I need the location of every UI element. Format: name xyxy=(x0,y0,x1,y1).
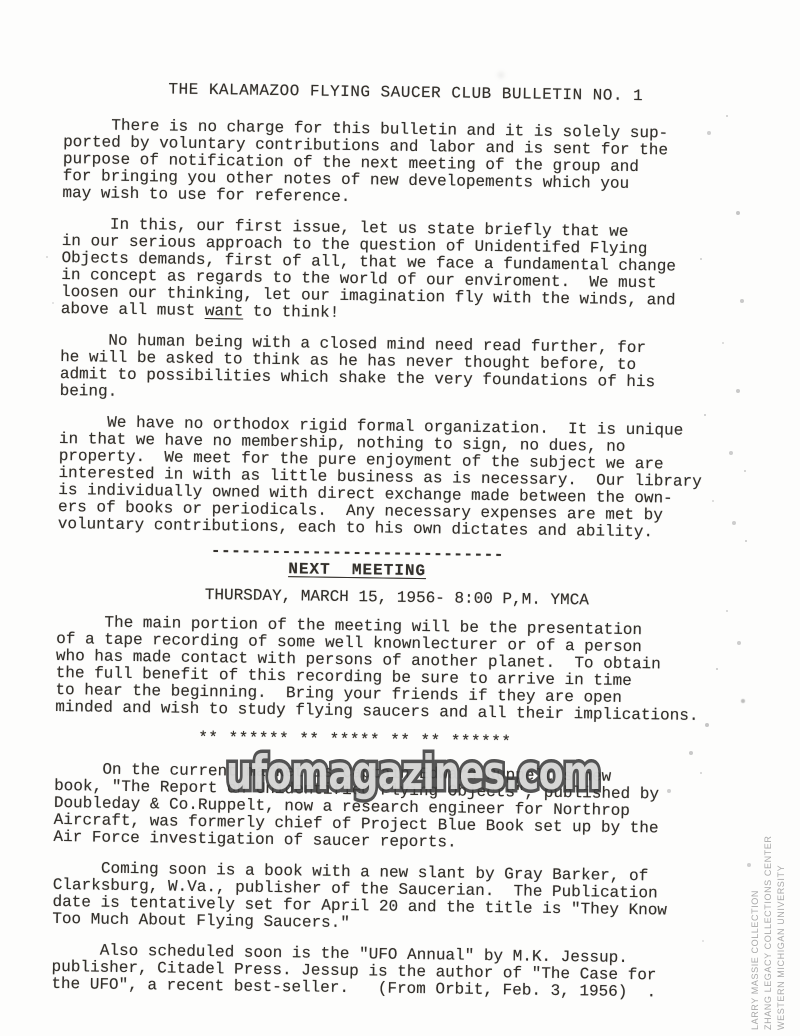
paragraph-no-organization: We have no orthodox rigid formal organiz… xyxy=(58,414,744,543)
paragraph-closed-mind: No human being with a closed mind need r… xyxy=(60,332,745,410)
paragraph-first-issue-text-before: In this, our first issue, let us state b… xyxy=(61,216,676,320)
archive-stamp: LARRY MASSIE COLLECTION ZHANG LEGACY COL… xyxy=(749,818,788,1030)
underlined-word-want: want xyxy=(205,302,244,321)
archive-stamp-collection: LARRY MASSIE COLLECTION xyxy=(749,818,762,1030)
scan-noise-speckles xyxy=(0,0,2,2)
paragraph-no-charge: There is no charge for this bulletin and… xyxy=(62,117,747,212)
bulletin-title: THE KALAMAZOO FLYING SAUCER CLUB BULLETI… xyxy=(64,80,748,107)
typed-content: THE KALAMAZOO FLYING SAUCER CLUB BULLETI… xyxy=(51,80,748,1002)
paragraph-first-issue: In this, our first issue, let us state b… xyxy=(61,216,746,328)
watermark-fill-layer: ufomagazines.com xyxy=(226,748,600,800)
meeting-datetime: THURSDAY, MARCH 15, 1956- 8:00 P,M. YMCA xyxy=(205,587,741,611)
paragraph-meeting-program: The main portion of the meeting will be … xyxy=(55,614,740,726)
archive-stamp-university: WESTERN MICHIGAN UNIVERSITY xyxy=(775,818,788,1030)
paragraph-first-issue-text-after: to think! xyxy=(243,303,339,322)
scanned-bulletin-page: THE KALAMAZOO FLYING SAUCER CLUB BULLETI… xyxy=(0,0,800,1036)
paragraph-barker-book: Coming soon is a book with a new slant b… xyxy=(52,860,737,938)
archive-stamp-center: ZHANG LEGACY COLLECTIONS CENTER xyxy=(762,818,775,1030)
paragraph-jessup-annual: Also scheduled soon is the "UFO Annual" … xyxy=(51,942,736,1003)
